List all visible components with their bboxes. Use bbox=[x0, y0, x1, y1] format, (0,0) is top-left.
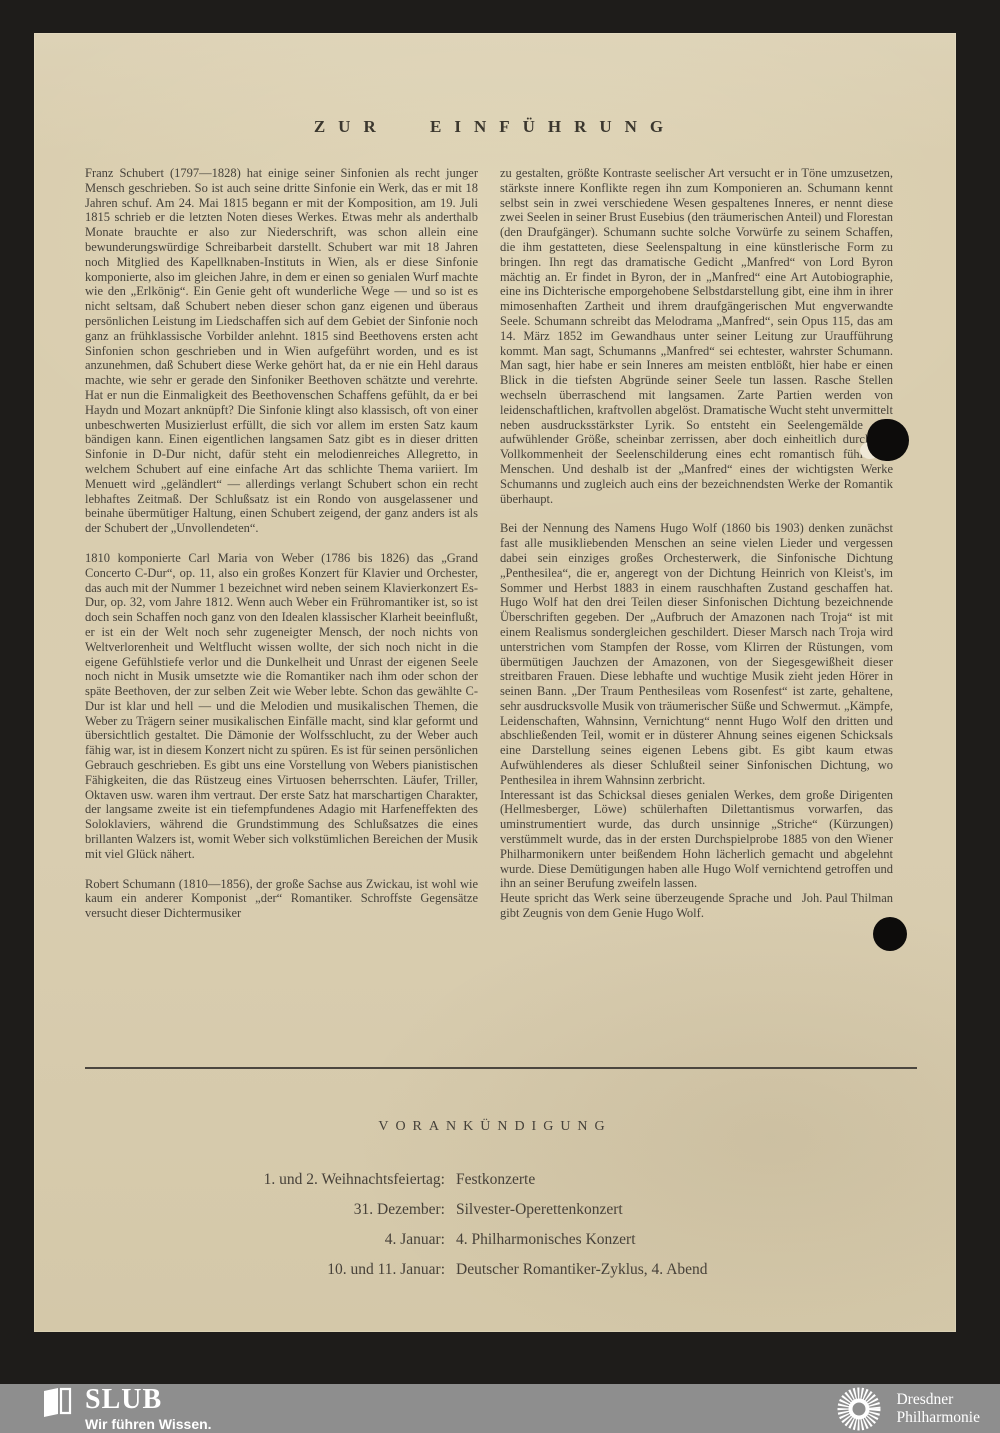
slub-name: SLUB bbox=[85, 1387, 212, 1413]
announcement-date: 4. Januar: bbox=[34, 1231, 445, 1249]
philharmonie-starburst-icon bbox=[836, 1386, 882, 1432]
scanned-program-page: ZUR EINFÜHRUNG Franz Schubert (1797—1828… bbox=[34, 33, 956, 1332]
closing-text: Heute spricht das Werk seine überzeugend… bbox=[500, 891, 792, 920]
punch-hole bbox=[873, 917, 907, 951]
closing-paragraph: Joh. Paul Thilman Heute spricht das Werk… bbox=[500, 891, 893, 921]
paragraph-schubert: Franz Schubert (1797—1828) hat einige se… bbox=[85, 166, 478, 536]
philharmonie-name-line2: Philharmonie bbox=[896, 1409, 980, 1427]
announcement-row: 4. Januar: 4. Philharmonisches Konzert bbox=[34, 1231, 956, 1249]
announcement-event: 4. Philharmonisches Konzert bbox=[456, 1231, 636, 1249]
page-title: ZUR EINFÜHRUNG bbox=[34, 117, 956, 137]
punch-hole bbox=[867, 419, 909, 461]
divider-rule bbox=[85, 1067, 917, 1069]
paragraph-werk-schicksal: Interessant ist das Schicksal dieses gen… bbox=[500, 788, 893, 892]
announcement-event: Silvester-Operettenkonzert bbox=[456, 1201, 623, 1219]
paragraph-weber: 1810 komponierte Carl Maria von Weber (1… bbox=[85, 551, 478, 862]
philharmonie-name-line1: Dresdner bbox=[896, 1391, 980, 1409]
slub-book-icon bbox=[42, 1387, 72, 1421]
announcement-row: 31. Dezember: Silvester-Operettenkonzert bbox=[34, 1201, 956, 1219]
announcement-date: 10. und 11. Januar: bbox=[34, 1261, 445, 1279]
left-column: Franz Schubert (1797—1828) hat einige se… bbox=[85, 166, 478, 921]
announcement-section: VORANKÜNDIGUNG 1. und 2. Weihnachtsfeier… bbox=[34, 1119, 956, 1291]
announcement-date: 1. und 2. Weihnachtsfeiertag: bbox=[34, 1171, 445, 1189]
slub-branding: SLUB Wir führen Wissen. bbox=[42, 1387, 212, 1432]
author-signature: Joh. Paul Thilman bbox=[792, 891, 893, 906]
footer-bar: SLUB Wir führen Wissen. Dresdner Philhar… bbox=[0, 1384, 1000, 1433]
paragraph-hugo-wolf: Bei der Nennung des Namens Hugo Wolf (18… bbox=[500, 521, 893, 787]
announcement-row: 10. und 11. Januar: Deutscher Romantiker… bbox=[34, 1261, 956, 1279]
philharmonie-branding: Dresdner Philharmonie bbox=[836, 1384, 980, 1433]
paragraph-schumann-intro: Robert Schumann (1810—1856), der große S… bbox=[85, 877, 478, 921]
right-column: zu gestalten, größte Kontraste seelische… bbox=[500, 166, 893, 921]
text-columns: Franz Schubert (1797—1828) hat einige se… bbox=[85, 166, 893, 921]
philharmonie-name: Dresdner Philharmonie bbox=[896, 1391, 980, 1427]
slub-tagline: Wir führen Wissen. bbox=[85, 1416, 212, 1432]
announcement-event: Deutscher Romantiker-Zyklus, 4. Abend bbox=[456, 1261, 708, 1279]
announcement-row: 1. und 2. Weihnachtsfeiertag: Festkonzer… bbox=[34, 1171, 956, 1189]
slub-text: SLUB Wir führen Wissen. bbox=[85, 1387, 212, 1432]
announcement-event: Festkonzerte bbox=[456, 1171, 535, 1189]
paragraph-schumann-manfred: zu gestalten, größte Kontraste seelische… bbox=[500, 166, 893, 506]
announcement-date: 31. Dezember: bbox=[34, 1201, 445, 1219]
announcement-heading: VORANKÜNDIGUNG bbox=[34, 1119, 956, 1135]
